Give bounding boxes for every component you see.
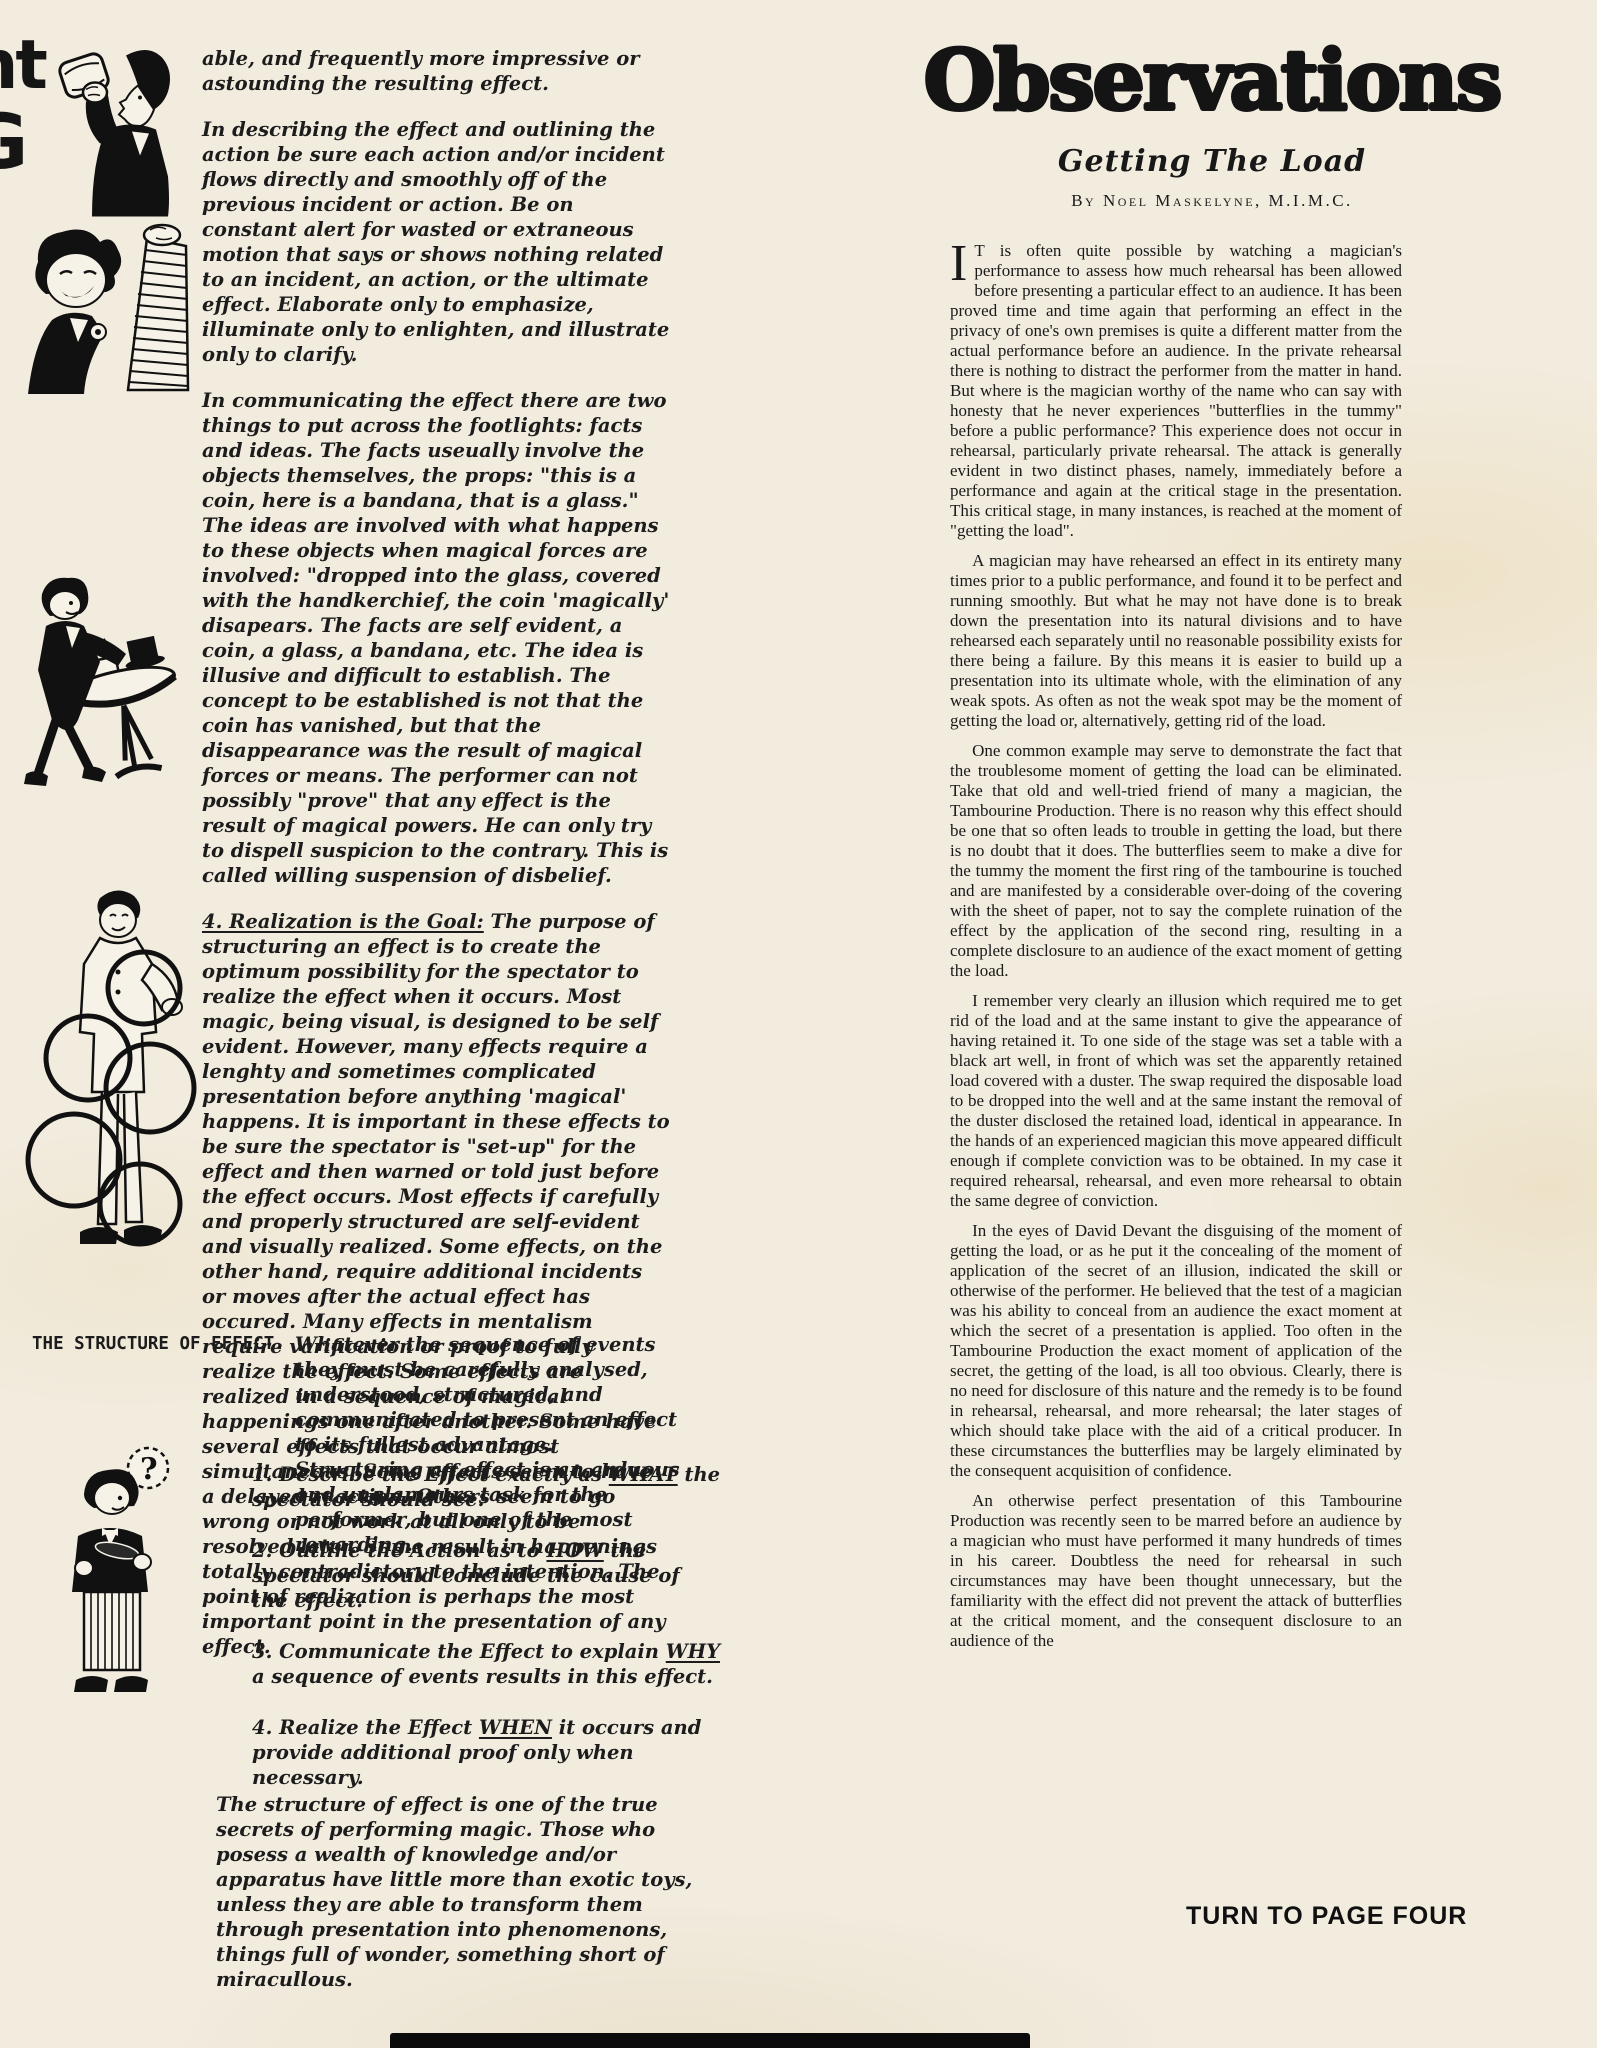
clipped-letters-nt: nt — [0, 32, 45, 100]
drop-cap: I — [950, 241, 974, 284]
left-closing-paragraph: The structure of effect is one of the tr… — [216, 1792, 694, 1992]
keyword-what: WHAT — [609, 1463, 678, 1486]
keyword-when: WHEN — [479, 1716, 552, 1739]
article-paragraph-1: IT is often quite possible by watching a… — [950, 241, 1402, 541]
left-paragraph-3: In communicating the effect there are tw… — [202, 388, 670, 888]
list-item-text: 3. Communicate the Effect to explain — [252, 1640, 666, 1663]
magician-with-linking-rings-illustration — [22, 880, 212, 1295]
turn-to-page-note: TURN TO PAGE FOUR — [1186, 1902, 1467, 1931]
article-paragraph-4: I remember very clearly an illusion whic… — [950, 991, 1402, 1211]
clipped-letter-g: G — [0, 104, 28, 180]
list-item-text: 2. Outline the Action as to — [252, 1539, 546, 1562]
article-headline: Observations — [922, 38, 1502, 124]
article-paragraph-3: One common example may serve to demonstr… — [950, 741, 1402, 981]
list-item-text: a sequence of events results in this eff… — [252, 1665, 713, 1688]
article-paragraph-5: In the eyes of David Devant the disguisi… — [950, 1221, 1402, 1481]
list-item-when: 4. Realize the Effect WHEN it occurs and… — [252, 1715, 722, 1790]
article-paragraph-1-text: T is often quite possible by watching a … — [950, 241, 1402, 540]
scan-edge-bar — [390, 2033, 1030, 2048]
effect-steps-list: 1. Describe the Effect exactly as WHAT t… — [252, 1462, 722, 1816]
article-paragraph-2: A magician may have rehearsed an effect … — [950, 551, 1402, 731]
list-item-how: 2. Outline the Action as to HOW the spec… — [252, 1538, 722, 1613]
left-paragraph-1: able, and frequently more impressive or … — [202, 46, 670, 96]
list-item-text: 4. Realize the Effect — [252, 1716, 479, 1739]
list-item-text: 1. Describe the Effect exactly as — [252, 1463, 609, 1486]
article-body: IT is often quite possible by watching a… — [950, 241, 1402, 1651]
observations-article: Observations Getting The Load By Noel Ma… — [922, 38, 1502, 1661]
list-item-why: 3. Communicate the Effect to explain WHY… — [252, 1639, 722, 1689]
list-item-what: 1. Describe the Effect exactly as WHAT t… — [252, 1462, 722, 1512]
magician-carrying-prop-table-illustration — [8, 568, 186, 803]
keyword-how: HOW — [546, 1539, 603, 1562]
magician-examining-cup-illustration — [48, 40, 198, 218]
magician-with-coil-spring-illustration — [0, 222, 192, 394]
left-paragraph-2: In describing the effect and outlining t… — [202, 117, 670, 367]
scanned-magazine-page: nt G — [0, 0, 1597, 2048]
article-subtitle: Getting The Load — [922, 144, 1502, 179]
structure-of-effect-label: THE STRUCTURE OF EFFECT. — [32, 1332, 285, 1557]
article-paragraph-6: An otherwise perfect presentation of thi… — [950, 1491, 1402, 1651]
realization-goal-heading: 4. Realization is the Goal: — [202, 910, 484, 933]
article-byline: By Noel Maskelyne, M.I.M.C. — [922, 191, 1502, 211]
keyword-why: WHY — [666, 1640, 720, 1663]
